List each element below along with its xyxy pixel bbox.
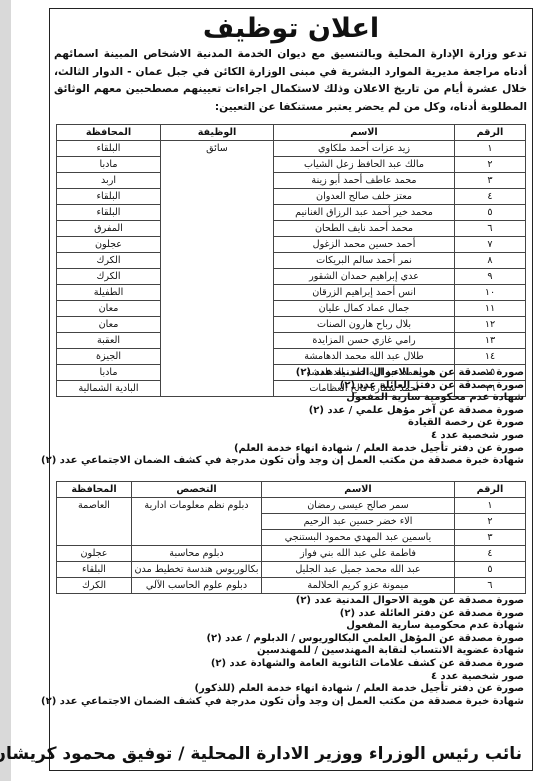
row-governorate: مادبا xyxy=(57,157,161,173)
requirement-item: صورة مصدقة عن هوية الاحوال المدنية عدد (… xyxy=(41,367,524,380)
table-row: ١٣رامي غازي حسن المزايدةالعقبة xyxy=(57,333,526,349)
row-name: ياسمين عبد المهدي محمود البستنجي xyxy=(262,530,455,546)
row-name: مالك عبد الحافظ زعل الشياب xyxy=(274,157,455,173)
table-row: ٢مالك عبد الحافظ زعل الشيابمادبا xyxy=(57,157,526,173)
row-number: ١٢ xyxy=(455,317,526,333)
row-specialization: بكالوريوس هندسة تخطيط مدن xyxy=(132,562,262,578)
row-specialization: دبلوم نظم معلومات ادارية xyxy=(132,498,262,546)
col-job-header: الوظيفة xyxy=(161,125,274,141)
row-number: ١٠ xyxy=(455,285,526,301)
row-specialization: دبلوم محاسبة xyxy=(132,546,262,562)
col-number-header: الرقم xyxy=(455,482,526,498)
table-row: ١سمر صالح عيسى رمضاندبلوم نظم معلومات اد… xyxy=(57,498,526,514)
row-name: الاء خضر حسين عبد الرحيم xyxy=(262,514,455,530)
table-row: ١زيد عزات أحمد ملكاويسائقالبلقاء xyxy=(57,141,526,157)
table-row: ١٠انس أحمد إبراهيم الزرقانالطفيلة xyxy=(57,285,526,301)
row-name: طلال عبد الله محمد الدهامشة xyxy=(274,349,455,365)
row-name: أحمد حسين محمد الزغول xyxy=(274,237,455,253)
row-governorate: عجلون xyxy=(57,237,161,253)
row-job: سائق xyxy=(161,141,274,397)
requirement-item: شهادة عدم محكومية سارية المفعول xyxy=(41,392,524,405)
row-name: عدي إبراهيم حمدان الشقور xyxy=(274,269,455,285)
row-name: نمر أحمد سالم البريكات xyxy=(274,253,455,269)
table-row: ٤معتز خلف صالح العدوانالبلقاء xyxy=(57,189,526,205)
row-name: جمال عماد كمال عليان xyxy=(274,301,455,317)
row-name: زيد عزات أحمد ملكاوي xyxy=(274,141,455,157)
row-governorate: اربد xyxy=(57,173,161,189)
intro-paragraph: تدعو وزارة الإدارة المحلية وبالتنسيق مع … xyxy=(50,46,532,116)
requirement-item: صورة مصدقة عن دفتر العائلة عدد (٢) xyxy=(41,380,524,393)
row-governorate: الكرك xyxy=(57,253,161,269)
row-name: محمد عاطف أحمد أبو زينة xyxy=(274,173,455,189)
row-governorate: الكرك xyxy=(57,578,132,594)
table-row: ٥عبد الله محمد جميل عبد الجليلبكالوريوس … xyxy=(57,562,526,578)
row-name: سمر صالح عيسى رمضان xyxy=(262,498,455,514)
requirement-item: شهادة خبرة مصدقة من مكتب العمل إن وجد وأ… xyxy=(41,696,524,709)
requirements-list-1: صورة مصدقة عن هوية الاحوال المدنية عدد (… xyxy=(41,367,524,468)
table-row: ٦محمد أحمد نايف الطحانالمفرق xyxy=(57,221,526,237)
col-name-header: الاسم xyxy=(262,482,455,498)
row-number: ٦ xyxy=(455,221,526,237)
specialists-table: الرقم الاسم التخصص المحافظة ١سمر صالح عي… xyxy=(56,481,526,594)
announcement-frame: اعلان توظيف تدعو وزارة الإدارة المحلية و… xyxy=(49,8,533,771)
row-name: فاطمة علي عبد الله بني فواز xyxy=(262,546,455,562)
col-name-header: الاسم xyxy=(274,125,455,141)
table-row: ٣محمد عاطف أحمد أبو زينةاربد xyxy=(57,173,526,189)
row-governorate: البلقاء xyxy=(57,205,161,221)
row-number: ٧ xyxy=(455,237,526,253)
requirement-item: صورة عن دفتر تأجيل خدمة العلم / شهادة ان… xyxy=(41,683,524,696)
requirement-item: صورة مصدقة عن هوية الاحوال المدنية عدد (… xyxy=(41,595,524,608)
table-row: ٨نمر أحمد سالم البريكاتالكرك xyxy=(57,253,526,269)
row-number: ٢ xyxy=(455,514,526,530)
row-specialization: دبلوم علوم الحاسب الآلي xyxy=(132,578,262,594)
row-governorate: العاصمة xyxy=(57,498,132,546)
row-name: عبد الله محمد جميل عبد الجليل xyxy=(262,562,455,578)
col-number-header: الرقم xyxy=(455,125,526,141)
row-number: ٥ xyxy=(455,205,526,221)
row-governorate: البلقاء xyxy=(57,562,132,578)
table-row: ٦ميمونة عزو كريم الحلالمةدبلوم علوم الحا… xyxy=(57,578,526,594)
requirement-item: صور شخصية عدد ٤ xyxy=(41,430,524,443)
requirement-item: صورة مصدقة عن كشف علامات الثانوية العامة… xyxy=(41,658,524,671)
table-row: ٥محمد خير أحمد عبد الرزاق الغنانيمالبلقا… xyxy=(57,205,526,221)
col-governorate-header: المحافظة xyxy=(57,125,161,141)
requirements-list-2: صورة مصدقة عن هوية الاحوال المدنية عدد (… xyxy=(41,595,524,708)
requirement-item: شهادة خبرة مصدقة من مكتب العمل إن وجد وأ… xyxy=(41,455,524,468)
table-header-row: الرقم الاسم التخصص المحافظة xyxy=(57,482,526,498)
table-row: ١١جمال عماد كمال عليانمعان xyxy=(57,301,526,317)
drivers-table: الرقم الاسم الوظيفة المحافظة ١زيد عزات أ… xyxy=(56,124,526,397)
page-title: اعلان توظيف xyxy=(50,12,532,46)
signature-line: نائب رئيس الوزراء ووزير الادارة المحلية … xyxy=(0,744,522,764)
row-number: ١١ xyxy=(455,301,526,317)
row-number: ٤ xyxy=(455,189,526,205)
row-number: ١ xyxy=(455,141,526,157)
page-margin-strip xyxy=(0,0,11,781)
row-number: ٣ xyxy=(455,173,526,189)
row-governorate: معان xyxy=(57,301,161,317)
requirement-item: صور شخصية عدد ٤ xyxy=(41,671,524,684)
table-row: ١٢بلال رباح هارون الصناتمعان xyxy=(57,317,526,333)
row-number: ٦ xyxy=(455,578,526,594)
requirement-item: صورة مصدقة عن آخر مؤهل علمي / عدد (٢) xyxy=(41,405,524,418)
row-name: معتز خلف صالح العدوان xyxy=(274,189,455,205)
row-governorate: البلقاء xyxy=(57,141,161,157)
requirement-item: صورة مصدقة عن دفتر العائلة عدد (٢) xyxy=(41,608,524,621)
row-number: ١٤ xyxy=(455,349,526,365)
table-row: ٧أحمد حسين محمد الزغولعجلون xyxy=(57,237,526,253)
row-name: بلال رباح هارون الصنات xyxy=(274,317,455,333)
row-number: ٩ xyxy=(455,269,526,285)
row-governorate: المفرق xyxy=(57,221,161,237)
row-number: ٤ xyxy=(455,546,526,562)
table-row: ٩عدي إبراهيم حمدان الشقورالكرك xyxy=(57,269,526,285)
row-number: ١ xyxy=(455,498,526,514)
row-governorate: الجيزة xyxy=(57,349,161,365)
row-number: ١٣ xyxy=(455,333,526,349)
requirement-item: صورة عن رخصة القيادة xyxy=(41,417,524,430)
row-number: ٥ xyxy=(455,562,526,578)
col-governorate-header: المحافظة xyxy=(57,482,132,498)
row-name: رامي غازي حسن المزايدة xyxy=(274,333,455,349)
requirement-item: شهادة عدم محكومية سارية المفعول xyxy=(41,620,524,633)
row-name: محمد أحمد نايف الطحان xyxy=(274,221,455,237)
row-name: محمد خير أحمد عبد الرزاق الغنانيم xyxy=(274,205,455,221)
table-header-row: الرقم الاسم الوظيفة المحافظة xyxy=(57,125,526,141)
row-number: ٨ xyxy=(455,253,526,269)
row-number: ٢ xyxy=(455,157,526,173)
row-governorate: الطفيلة xyxy=(57,285,161,301)
table-row: ٤فاطمة علي عبد الله بني فوازدبلوم محاسبة… xyxy=(57,546,526,562)
row-governorate: معان xyxy=(57,317,161,333)
row-governorate: العقبة xyxy=(57,333,161,349)
row-governorate: البلقاء xyxy=(57,189,161,205)
row-governorate: الكرك xyxy=(57,269,161,285)
requirement-item: شهادة عضوية الانتساب لنقابة المهندسين / … xyxy=(41,645,524,658)
row-governorate: عجلون xyxy=(57,546,132,562)
row-name: ميمونة عزو كريم الحلالمة xyxy=(262,578,455,594)
col-specialization-header: التخصص xyxy=(132,482,262,498)
table-row: ١٤طلال عبد الله محمد الدهامشةالجيزة xyxy=(57,349,526,365)
row-name: انس أحمد إبراهيم الزرقان xyxy=(274,285,455,301)
requirement-item: صورة مصدقة عن المؤهل العلمي البكالوريوس … xyxy=(41,633,524,646)
row-number: ٣ xyxy=(455,530,526,546)
requirement-item: صورة عن دفتر تأجيل خدمة العلم / شهادة ان… xyxy=(41,443,524,456)
